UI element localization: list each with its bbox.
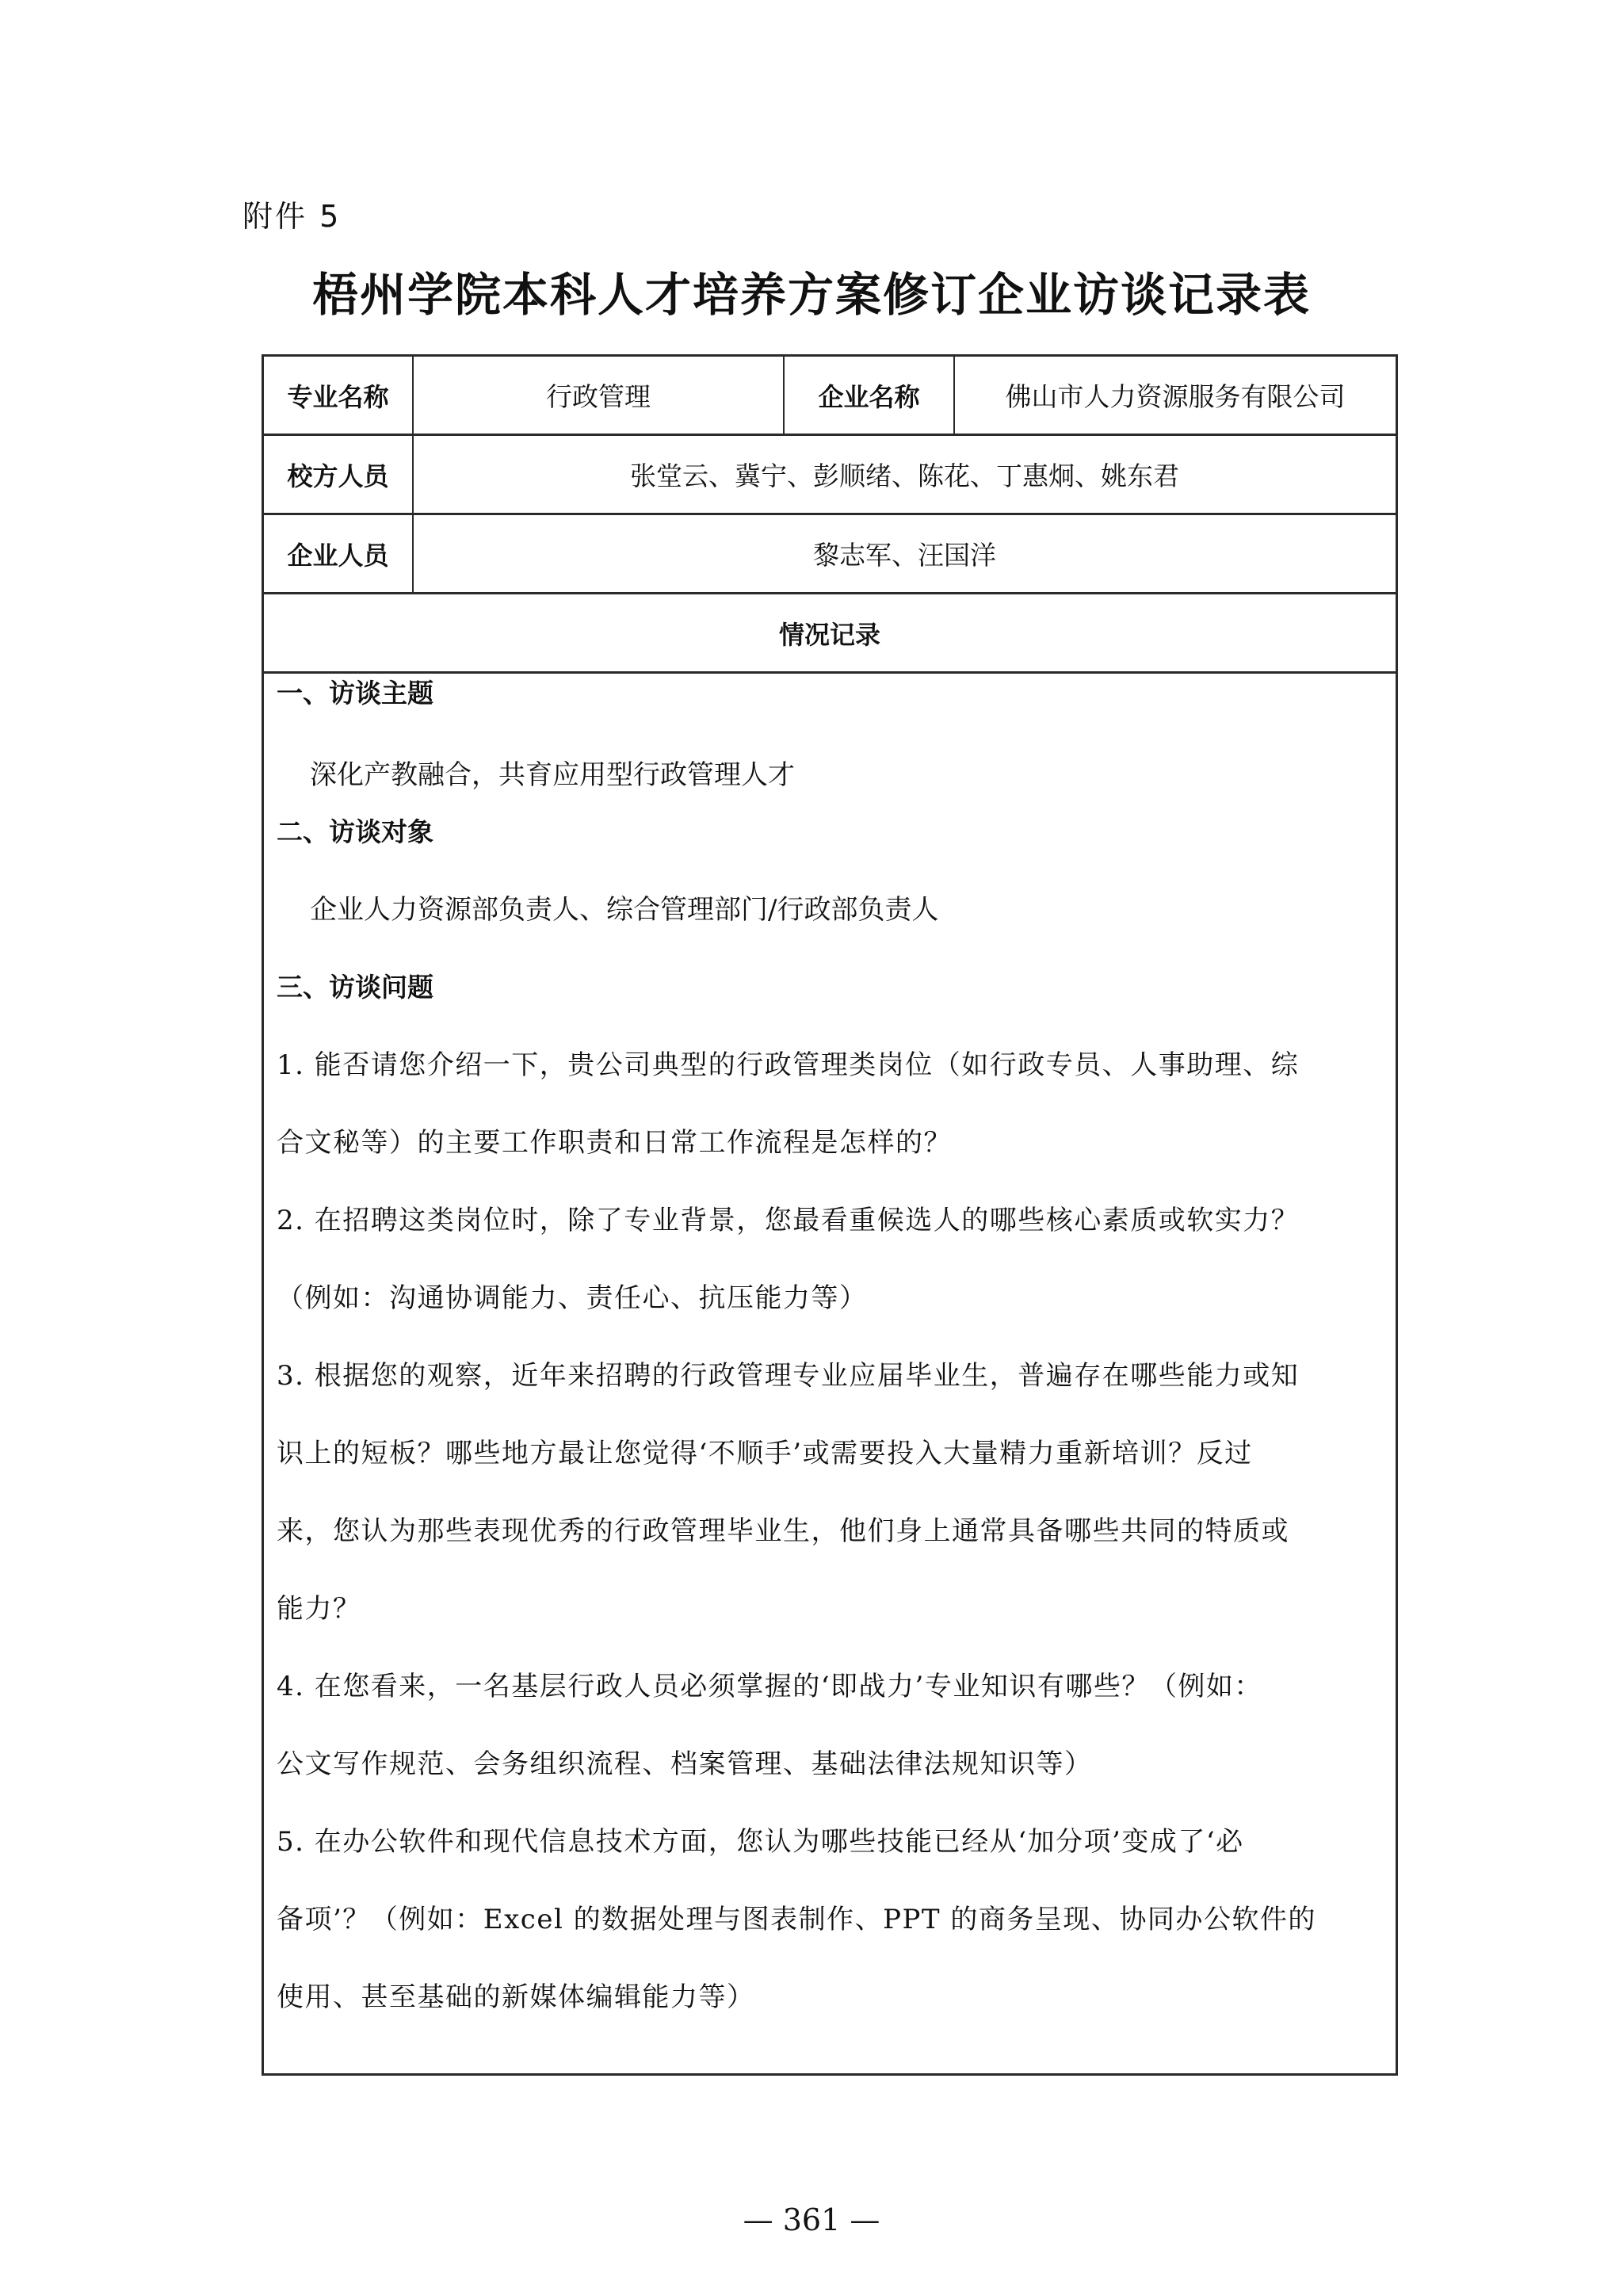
- question-line: 能力？: [277, 1585, 1383, 1663]
- record-body: 一、访谈主题 深化产教融合，共育应用型行政管理人才 二、访谈对象 企业人力资源部…: [264, 674, 1396, 2073]
- school-staff-value: 张堂云、冀宁、彭顺绪、陈花、丁惠炯、姚东君: [414, 436, 1396, 513]
- question-line: 3. 根据您的观察，近年来招聘的行政管理专业应届毕业生，普遍存在哪些能力或知: [277, 1352, 1383, 1430]
- question-line: 使用、甚至基础的新媒体编辑能力等）: [277, 1973, 1383, 2051]
- question-line: 来，您认为那些表现优秀的行政管理毕业生，他们身上通常具备哪些共同的特质或: [277, 1507, 1383, 1585]
- company-value: 佛山市人力资源服务有限公司: [955, 357, 1396, 434]
- company-staff-value: 黎志军、汪国洋: [414, 515, 1396, 592]
- question-line: 合文秘等）的主要工作职责和日常工作流程是怎样的？: [277, 1119, 1383, 1197]
- major-value: 行政管理: [414, 357, 785, 434]
- page-number: — 361 —: [0, 2200, 1623, 2240]
- company-label: 企业名称: [785, 357, 955, 434]
- record-header: 情况记录: [264, 594, 1396, 671]
- page-title: 梧州学院本科人才培养方案修订企业访谈记录表: [0, 263, 1623, 327]
- section-heading-interviewees: 二、访谈对象: [277, 808, 1383, 886]
- question-line: 识上的短板？哪些地方最让您觉得‘不顺手’或需要投入大量精力重新培训？反过: [277, 1430, 1383, 1507]
- section-heading-topic: 一、访谈主题: [277, 674, 1383, 731]
- question-line: 4. 在您看来，一名基层行政人员必须掌握的‘即战力’专业知识有哪些？（例如：: [277, 1663, 1383, 1740]
- table-row-major: 专业名称 行政管理 企业名称 佛山市人力资源服务有限公司: [264, 357, 1396, 436]
- table-row-record-header: 情况记录: [264, 594, 1396, 674]
- question-line: 1. 能否请您介绍一下，贵公司典型的行政管理类岗位（如行政专员、人事助理、综: [277, 1041, 1383, 1119]
- question-line: （例如：沟通协调能力、责任心、抗压能力等）: [277, 1274, 1383, 1352]
- major-label: 专业名称: [264, 357, 414, 434]
- section-body-interviewees: 企业人力资源部负责人、综合管理部门/行政部负责人: [277, 886, 1383, 964]
- interview-record-table: 专业名称 行政管理 企业名称 佛山市人力资源服务有限公司 校方人员 张堂云、冀宁…: [262, 354, 1398, 2076]
- section-heading-questions: 三、访谈问题: [277, 964, 1383, 1041]
- question-line: 公文写作规范、会务组织流程、档案管理、基础法律法规知识等）: [277, 1740, 1383, 1818]
- question-line: 2. 在招聘这类岗位时，除了专业背景，您最看重候选人的哪些核心素质或软实力？: [277, 1197, 1383, 1274]
- question-line: 5. 在办公软件和现代信息技术方面，您认为哪些技能已经从‘加分项’变成了‘必: [277, 1818, 1383, 1896]
- table-row-school-staff: 校方人员 张堂云、冀宁、彭顺绪、陈花、丁惠炯、姚东君: [264, 436, 1396, 515]
- school-staff-label: 校方人员: [264, 436, 414, 513]
- company-staff-label: 企业人员: [264, 515, 414, 592]
- table-row-company-staff: 企业人员 黎志军、汪国洋: [264, 515, 1396, 594]
- question-line: 备项’？（例如：Excel 的数据处理与图表制作、PPT 的商务呈现、协同办公软…: [277, 1896, 1383, 1973]
- section-body-topic: 深化产教融合，共育应用型行政管理人才: [277, 751, 1383, 808]
- annex-label: 附件 5: [242, 197, 341, 236]
